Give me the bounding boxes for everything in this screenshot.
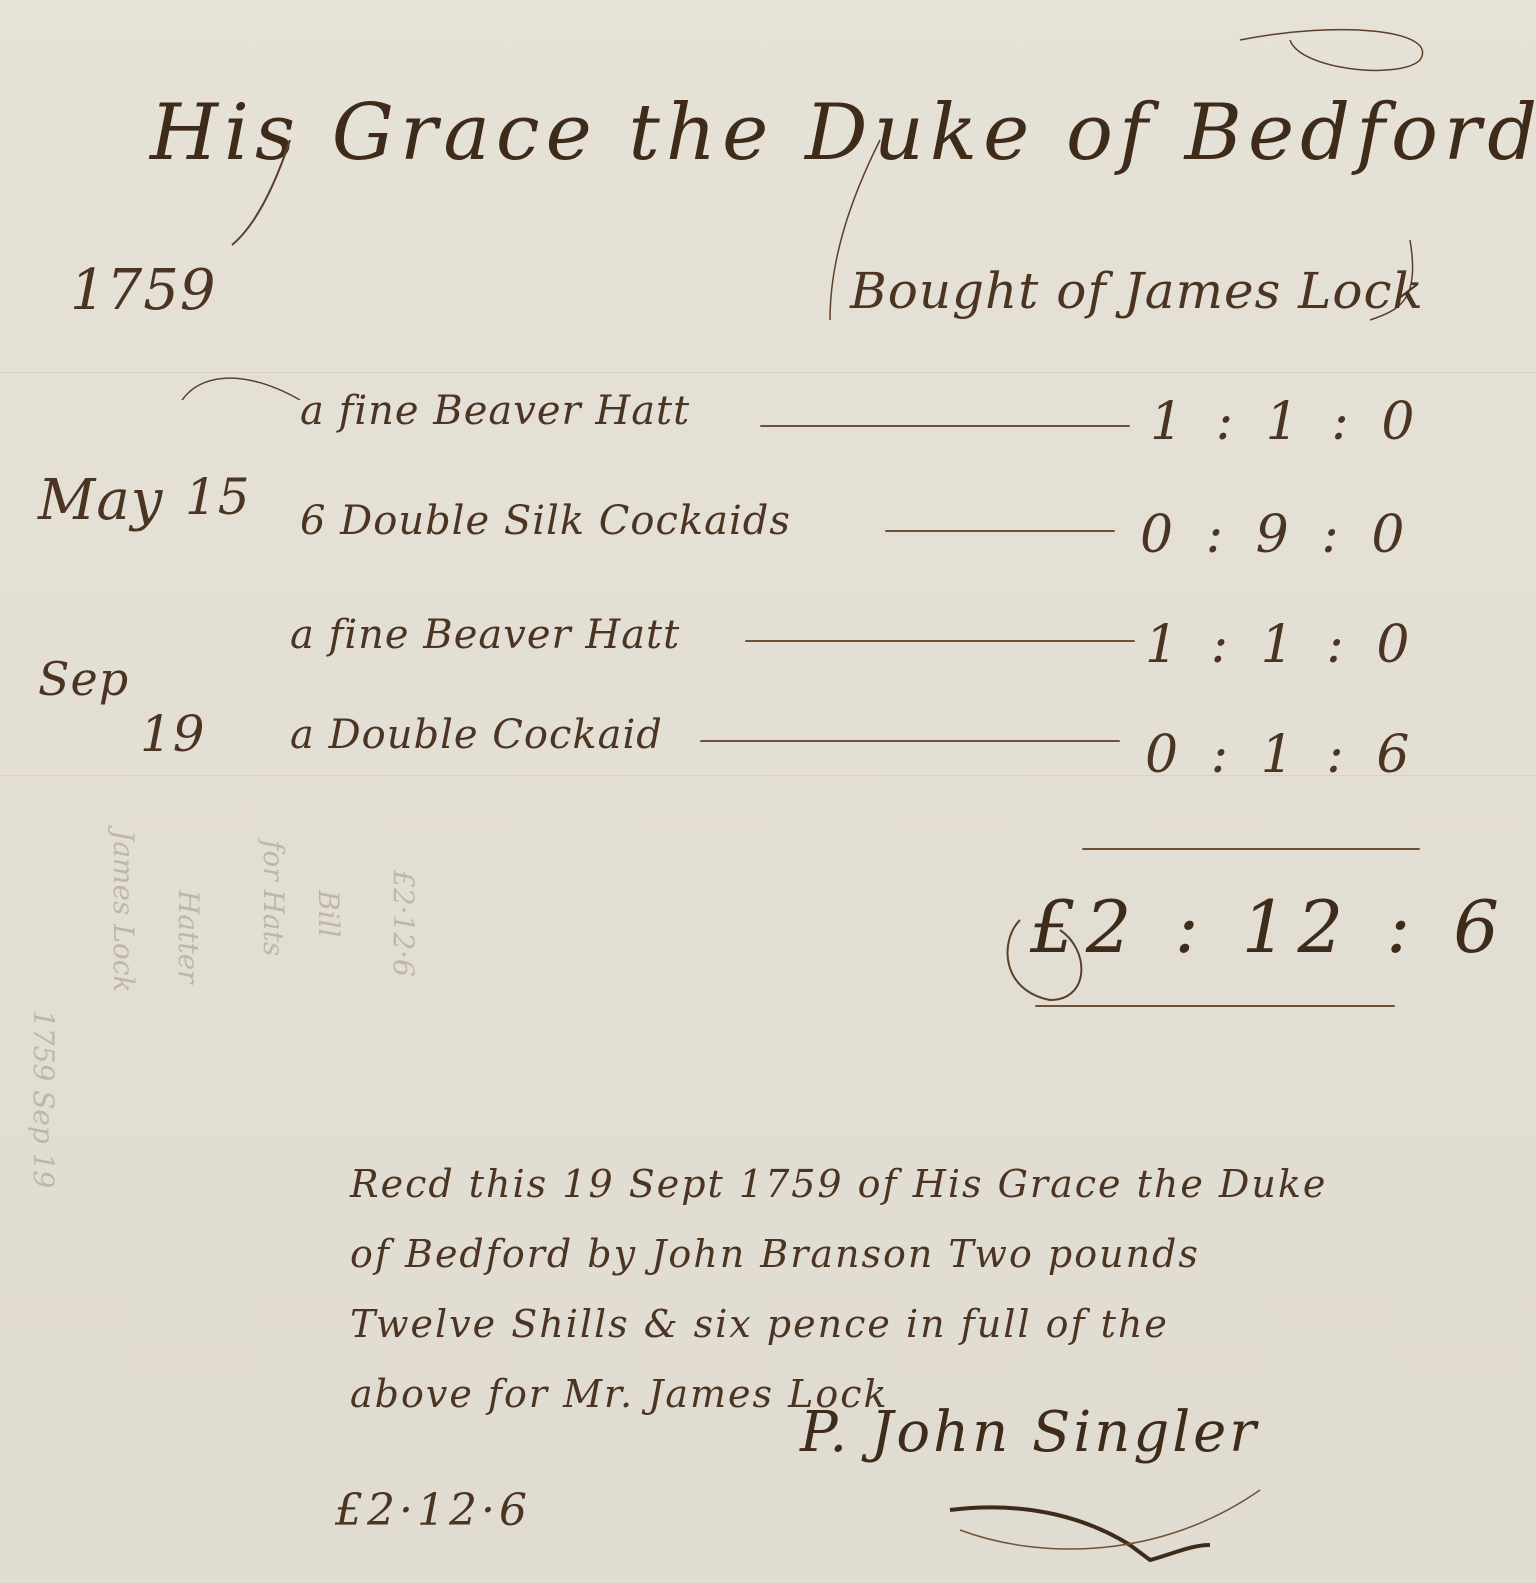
endorsement-line: for Hats [257, 840, 290, 956]
signature: P. John Singler [800, 1400, 1259, 1465]
endorsement-line: James Lock [107, 830, 140, 992]
year-label: 1759 [70, 258, 217, 323]
entry-description: a Double Cockaid [290, 712, 663, 758]
entry-amount: 0 : 9 : 0 [1140, 505, 1412, 565]
leader-line [700, 740, 1120, 742]
leader-line [760, 425, 1130, 427]
entry-amount: 1 : 1 : 0 [1150, 392, 1422, 452]
total-rule-bottom [1035, 1005, 1395, 1007]
receipt-line: Recd this 19 Sept 1759 of His Grace the … [350, 1162, 1327, 1206]
leader-line [885, 530, 1115, 532]
entry-description: 6 Double Silk Cockaids [300, 498, 791, 544]
receipt-amount: £2·12·6 [335, 1485, 531, 1536]
receipt-line: of Bedford by John Branson Two pounds [350, 1232, 1200, 1276]
heading-flourish-icon [0, 0, 1536, 400]
manuscript-page: His Grace the Duke of Bedford 1759 Bough… [0, 0, 1536, 1583]
total-rule-top [1082, 848, 1420, 850]
paper-fold-line [0, 372, 1536, 373]
entry-date-day: 15 [185, 468, 251, 526]
entry-description: a fine Beaver Hatt [290, 612, 680, 658]
entry-date-month: Sep [38, 652, 129, 706]
endorsement-line: £2·12·6 [387, 870, 420, 977]
bill-total: £2 : 12 : 6 [1030, 885, 1509, 969]
entry-amount: 1 : 1 : 0 [1145, 615, 1417, 675]
endorsement-line: Hatter [172, 890, 205, 984]
entry-date-month: May [38, 468, 163, 533]
merchant-line: Bought of James Lock [850, 262, 1424, 320]
entry-description: a fine Beaver Hatt [300, 388, 690, 434]
entry-date-day: 19 [140, 705, 206, 763]
leader-line [745, 640, 1135, 642]
receipt-line: Twelve Shills & six pence in full of the [350, 1302, 1169, 1346]
entry-amount: 0 : 1 : 6 [1145, 725, 1417, 785]
endorsement-line: 1759 Sep 19 [27, 1010, 60, 1188]
document-heading: His Grace the Duke of Bedford [150, 88, 1536, 178]
endorsement-line: Bill [312, 890, 345, 937]
